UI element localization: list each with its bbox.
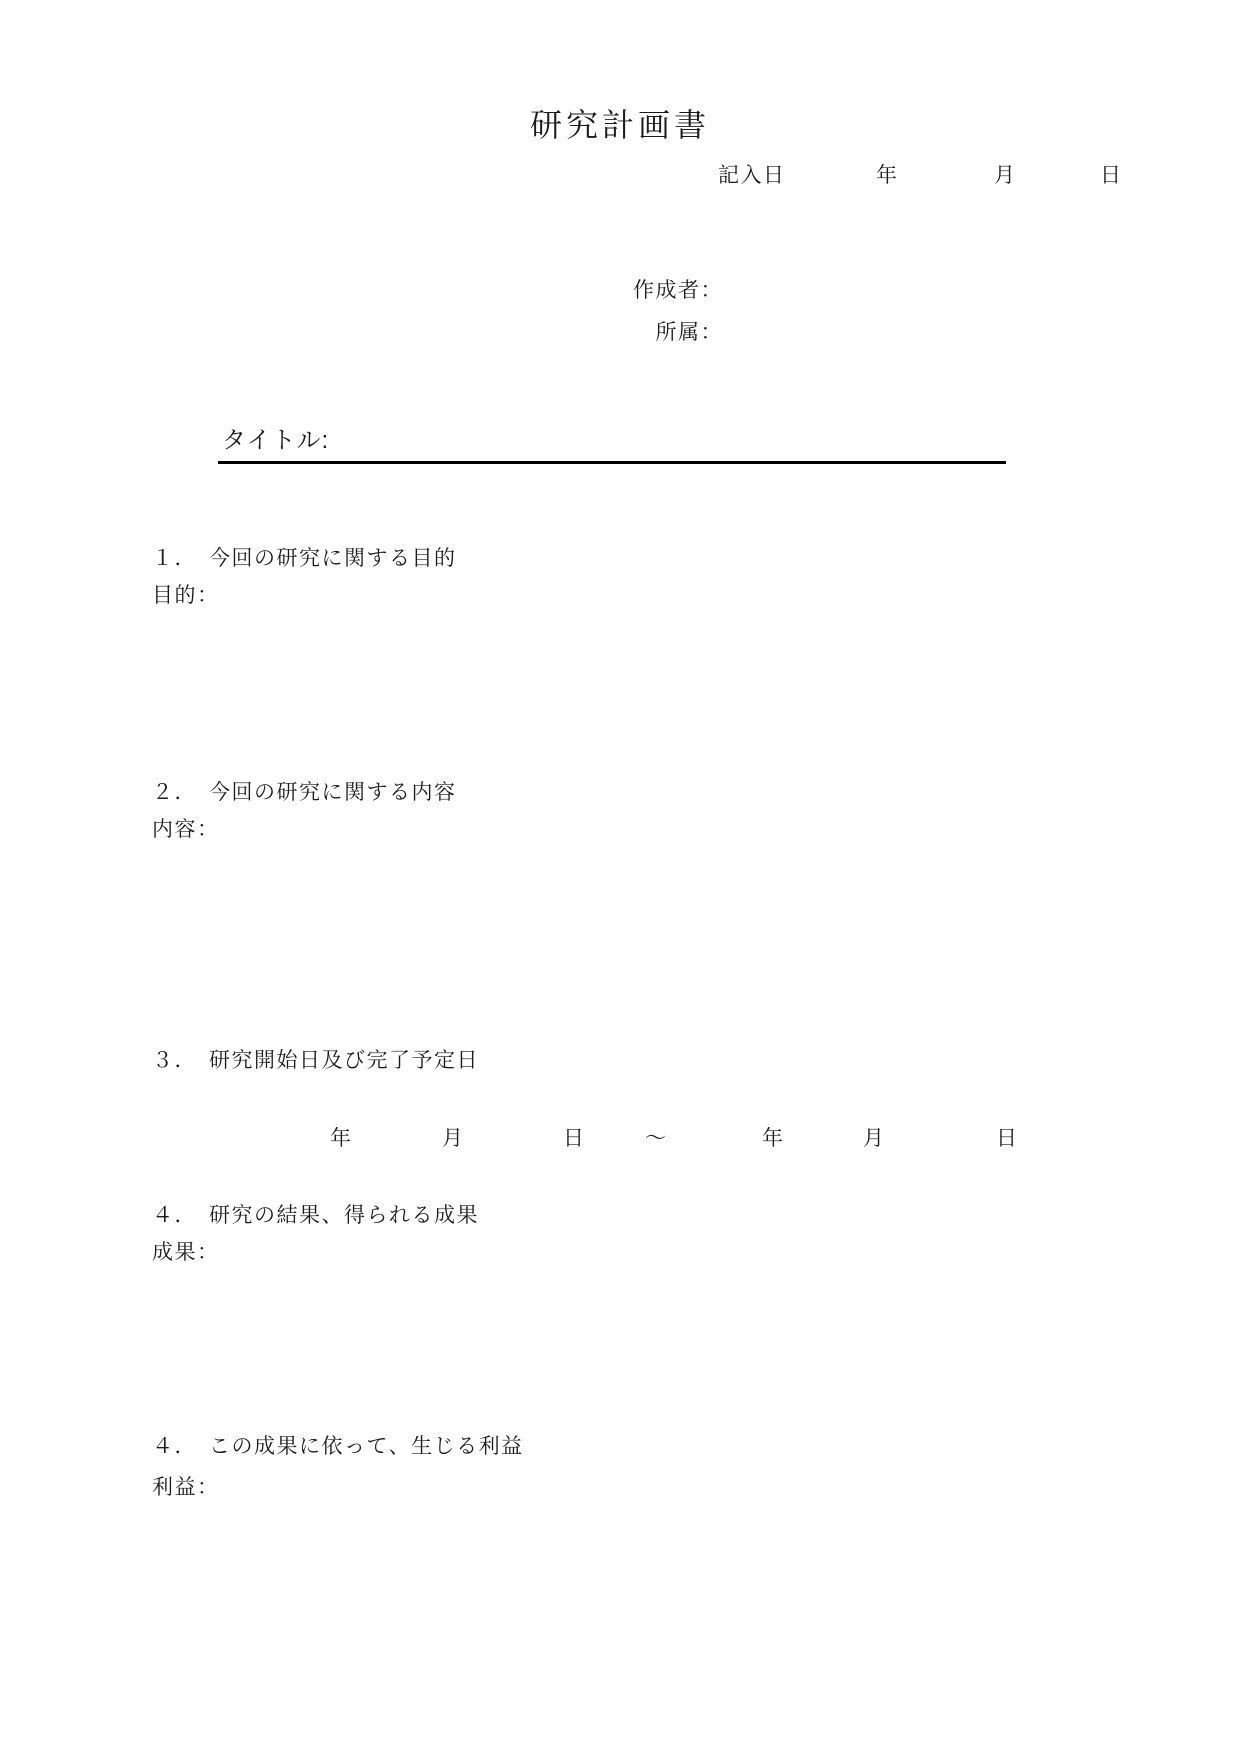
results-input-area[interactable]	[152, 1275, 1102, 1420]
document-page: 研究計画書 記入日 年 月 日 作成者： 所属： タイトル: １． 今回の研究に…	[0, 0, 1240, 1754]
benefits-input-area[interactable]	[152, 1510, 1102, 1670]
period-end-year-label: 年	[762, 1126, 785, 1151]
section-heading-content: ２． 今回の研究に関する内容	[152, 780, 457, 805]
content-field-label: 内容：	[152, 817, 220, 842]
period-start-day-label: 日	[563, 1126, 586, 1151]
fill-date-day-label: 日	[1100, 163, 1123, 188]
content-input-area[interactable]	[152, 850, 1102, 1035]
section-heading-purpose: １． 今回の研究に関する目的	[152, 546, 457, 571]
results-field-label: 成果：	[152, 1240, 220, 1265]
fill-date-label: 記入日	[718, 163, 786, 188]
period-end-month-label: 月	[863, 1126, 886, 1151]
purpose-input-area[interactable]	[152, 615, 1102, 765]
fill-date-year-label: 年	[876, 163, 899, 188]
fill-date-month-label: 月	[994, 163, 1017, 188]
page-title: 研究計画書	[0, 106, 1240, 144]
section-heading-period: ３． 研究開始日及び完了予定日	[152, 1048, 479, 1073]
benefits-field-label: 利益：	[152, 1475, 220, 1500]
period-start-month-label: 月	[442, 1126, 465, 1151]
affiliation-label: 所属：	[656, 320, 724, 345]
period-separator: ～	[645, 1126, 668, 1151]
period-end-day-label: 日	[996, 1126, 1019, 1151]
title-field-label: タイトル:	[222, 427, 329, 456]
section-heading-results: ４． 研究の結果、得られる成果	[152, 1203, 479, 1228]
purpose-field-label: 目的：	[152, 583, 220, 608]
title-fill-line[interactable]	[218, 461, 1006, 464]
period-start-year-label: 年	[330, 1126, 353, 1151]
section-heading-benefits: ４． この成果に依って、生じる利益	[152, 1434, 524, 1459]
author-label: 作成者：	[633, 278, 723, 303]
